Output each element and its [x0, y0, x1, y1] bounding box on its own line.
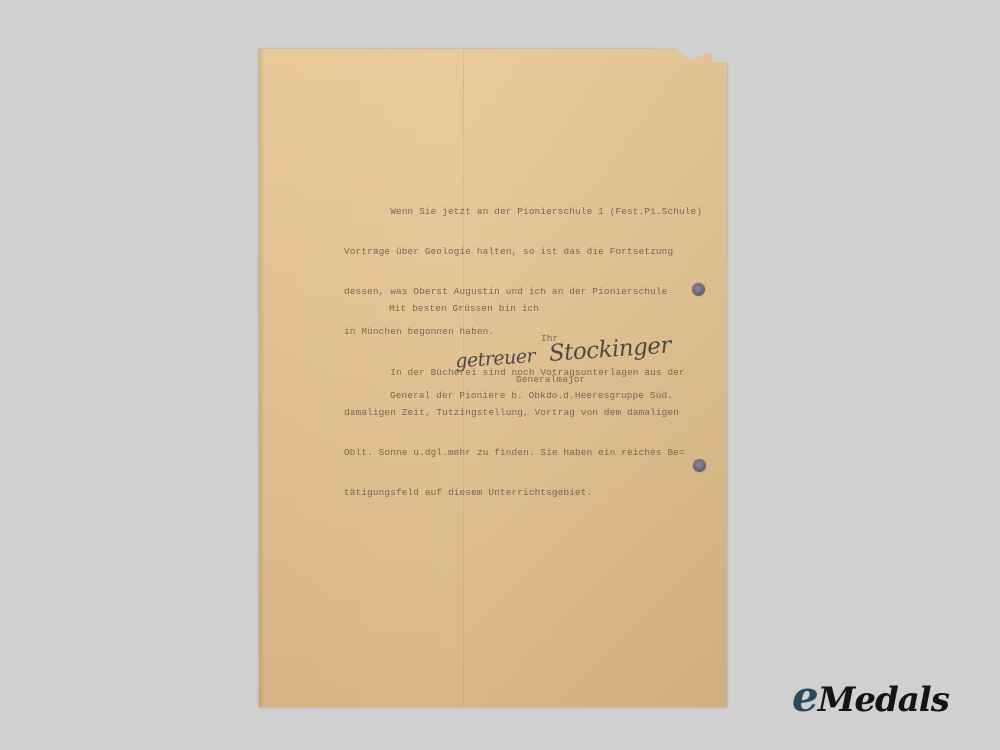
body-line: Oblt. Sonne u.dgl.mehr zu finden. Sie ha… — [344, 446, 702, 459]
signature-greeting: getreuer — [455, 345, 536, 373]
rank-line: Generalmajor — [516, 373, 585, 386]
logo-e: e — [792, 672, 818, 721]
body-line: damaligen Zeit, Tutzingstellung, Vortrag… — [344, 406, 702, 419]
body-line: dessen, was Oberst Augustin und ich an d… — [344, 285, 702, 298]
body-line: Wenn Sie jetzt an der Pionierschule 1 (F… — [344, 205, 702, 218]
closing-line: Mit besten Grüssen bin ich — [389, 302, 539, 315]
emedals-logo: eMedals — [792, 672, 949, 721]
body-line: Vorträge über Geologie halten, so ist da… — [344, 245, 702, 258]
title-line: General der Pioniere b. Obkdo.d.Heeresgr… — [390, 389, 673, 402]
logo-text: Medals — [818, 680, 949, 720]
body-line: tätigungsfeld auf diesem Unterrichtsgebi… — [344, 486, 702, 499]
torn-corner-edge — [712, 44, 732, 62]
